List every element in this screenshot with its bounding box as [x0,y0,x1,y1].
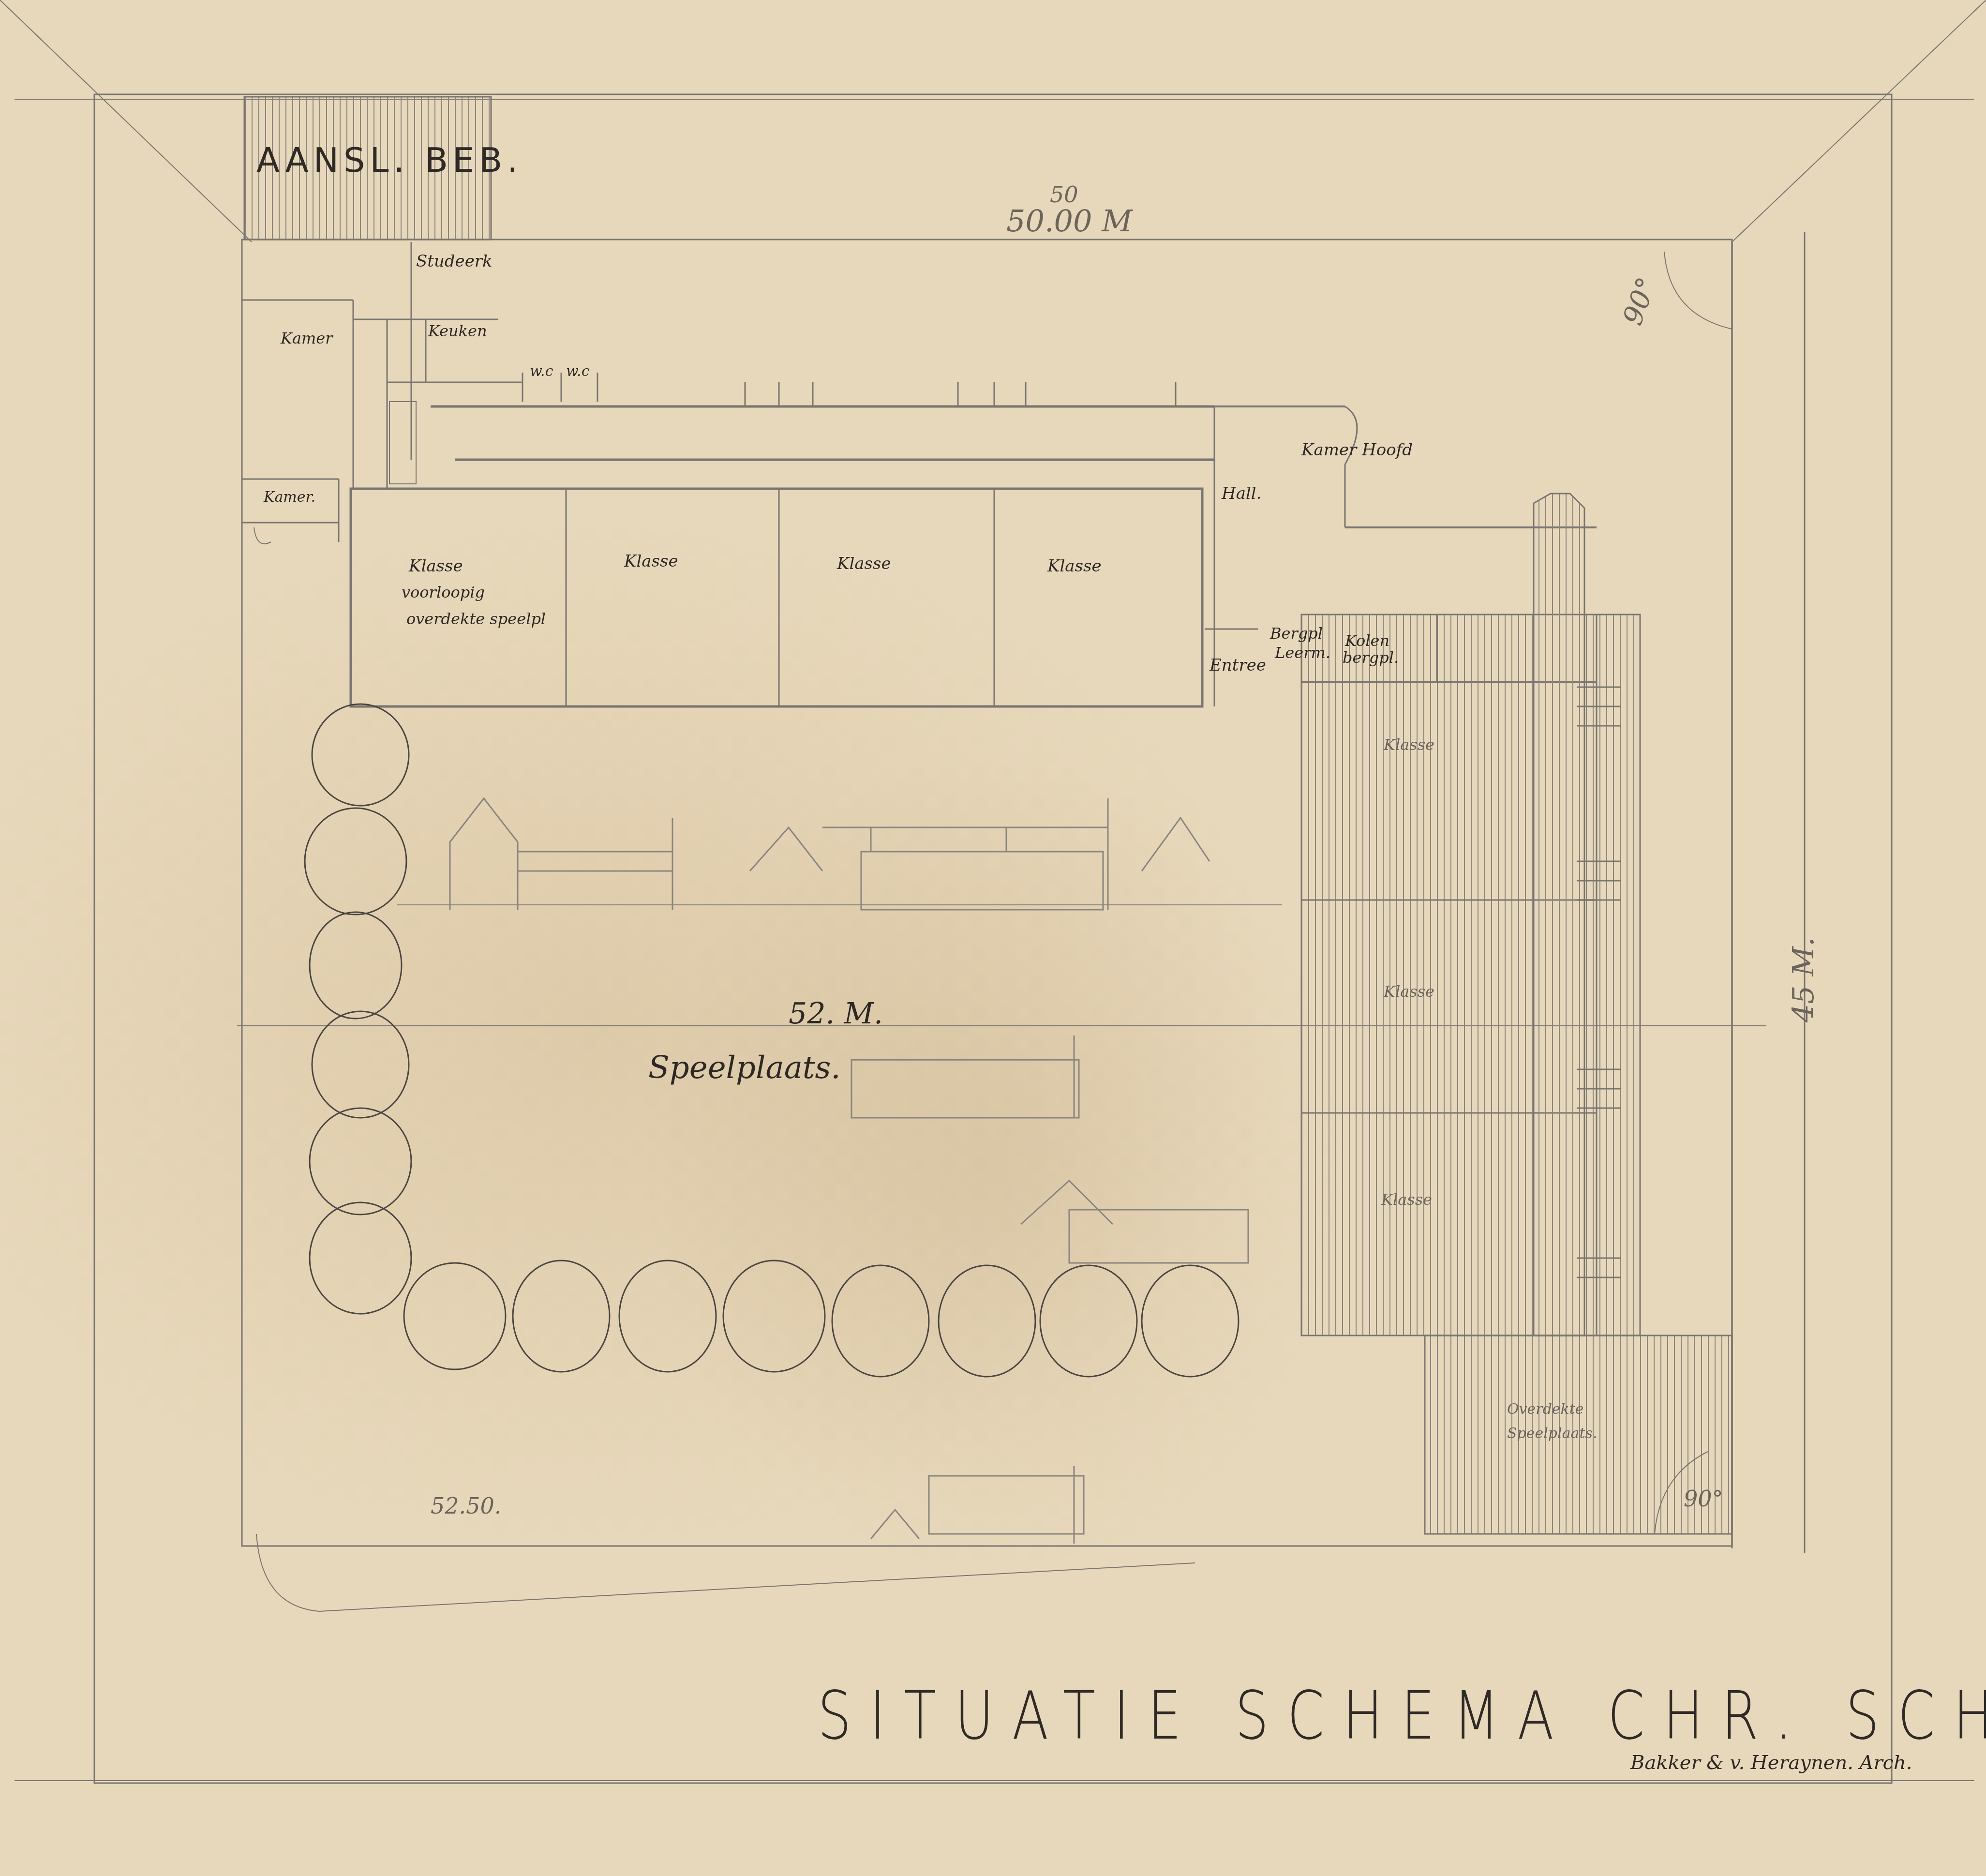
dimension-bottom: 52.50. [431,1493,501,1519]
room-klasse-a: Klasse [624,552,678,571]
room-wc-2: w.c [566,363,589,380]
dimension-right: 45 M. [1787,937,1821,1022]
adjacent-building-label: AANSL. BEB. [256,140,523,180]
room-klasse-temporary-note-2: overdekte speelpl [406,610,546,628]
room-klasse-east-3: Klasse [1381,1190,1432,1209]
room-bergplaats-leermiddelen-2: Leerm. [1275,644,1330,662]
room-klasse-b: Klasse [837,554,891,573]
room-overdekte-speelplaats-1: Overdekte [1507,1401,1584,1418]
room-klasse-c: Klasse [1047,556,1102,576]
drawing-title: SITUATIE SCHEMA CHR. SCHOOL / ZWIJNDRECH… [818,1677,1986,1754]
room-entree: Entree [1210,656,1266,675]
room-kolenbergplaats-2: bergpl. [1343,648,1399,667]
room-hall: Hall. [1222,484,1261,503]
room-wc-1: w.c [530,363,553,380]
room-kamer-hoofd: Kamer Hoofd [1301,440,1413,460]
room-klasse-temporary: Klasse [409,556,463,576]
room-studeerk: Studeerk [416,252,493,271]
room-overdekte-speelplaats-2: Speelplaats. [1507,1425,1597,1442]
room-klasse-temporary-note-1: voorloopig [402,583,485,601]
room-klasse-east-2: Klasse [1384,982,1434,1001]
dimension-center: 52. M. [789,997,883,1031]
room-kolenbergplaats-1: Kolen [1345,631,1389,650]
room-kamer-top: Kamer [281,329,333,347]
angle-bottom-right: 90° [1684,1486,1723,1512]
room-klasse-east-1: Klasse [1384,735,1434,754]
site-plan-drawing [0,0,1986,1876]
dimension-top: 50.00 M [1006,203,1133,239]
drawing-sheet: AANSL. BEB. 50 50.00 M 45 M. 52. M. 52.5… [0,0,1986,1876]
room-kamer-small: Kamer. [264,489,315,506]
room-bergplaats-leermiddelen-1: Bergpl [1270,624,1323,643]
architect-signature: Bakker & v. Heraynen. Arch. [1630,1752,1912,1774]
area-speelplaats: Speelplaats. [648,1050,841,1086]
room-keuken: Keuken [428,322,487,340]
